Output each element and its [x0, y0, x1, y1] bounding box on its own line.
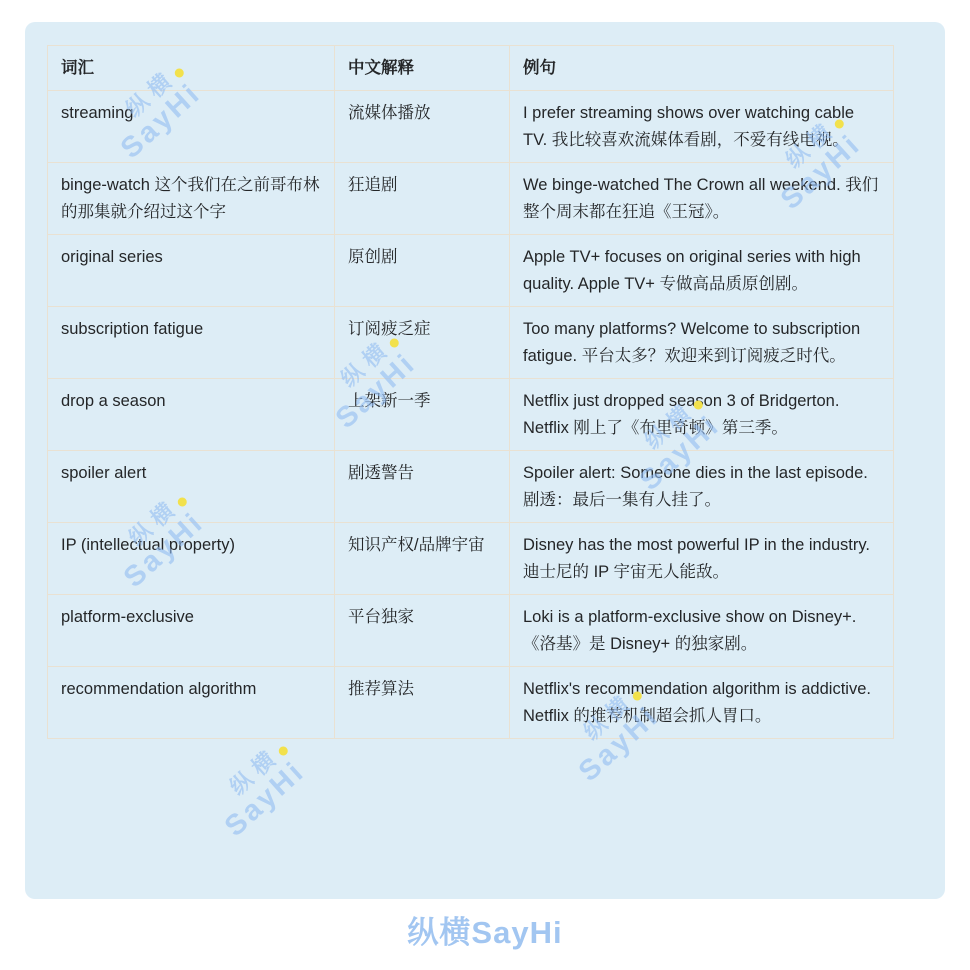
table-row: binge-watch 这个我们在之前哥布林的那集就介绍过这个字 狂追剧 We … — [48, 163, 894, 235]
term-cell: streaming — [48, 91, 335, 163]
table-row: platform-exclusive 平台独家 Loki is a platfo… — [48, 595, 894, 667]
example-cell: Disney has the most powerful IP in the i… — [510, 523, 894, 595]
table-row: IP (intellectual property) 知识产权/品牌宇宙 Dis… — [48, 523, 894, 595]
example-cell: We binge-watched The Crown all weekend. … — [510, 163, 894, 235]
term-cell: spoiler alert — [48, 451, 335, 523]
table-row: recommendation algorithm 推荐算法 Netflix's … — [48, 667, 894, 739]
vocab-table: 词汇 中文解释 例句 streaming 流媒体播放 I prefer stre… — [47, 45, 894, 739]
vocab-card: 词汇 中文解释 例句 streaming 流媒体播放 I prefer stre… — [25, 22, 945, 899]
term-cell: binge-watch 这个我们在之前哥布林的那集就介绍过这个字 — [48, 163, 335, 235]
meaning-cell: 剧透警告 — [335, 451, 510, 523]
header-row: 词汇 中文解释 例句 — [48, 46, 894, 91]
table-row: drop a season 上架新一季 Netflix just dropped… — [48, 379, 894, 451]
example-cell: Netflix's recommendation algorithm is ad… — [510, 667, 894, 739]
example-cell: Netflix just dropped season 3 of Bridger… — [510, 379, 894, 451]
term-cell: platform-exclusive — [48, 595, 335, 667]
term-cell: original series — [48, 235, 335, 307]
brand-logo: 纵横SayHi — [407, 907, 562, 952]
meaning-cell: 流媒体播放 — [335, 91, 510, 163]
meaning-cell: 原创剧 — [335, 235, 510, 307]
term-cell: recommendation algorithm — [48, 667, 335, 739]
footer: 纵横SayHi — [0, 903, 970, 955]
table-row: original series 原创剧 Apple TV+ focuses on… — [48, 235, 894, 307]
table-row: spoiler alert 剧透警告 Spoiler alert: Someon… — [48, 451, 894, 523]
example-cell: Apple TV+ focuses on original series wit… — [510, 235, 894, 307]
example-cell: Loki is a platform-exclusive show on Dis… — [510, 595, 894, 667]
meaning-cell: 上架新一季 — [335, 379, 510, 451]
term-cell: drop a season — [48, 379, 335, 451]
column-header-meaning: 中文解释 — [335, 46, 510, 91]
term-cell: IP (intellectual property) — [48, 523, 335, 595]
example-cell: I prefer streaming shows over watching c… — [510, 91, 894, 163]
meaning-cell: 平台独家 — [335, 595, 510, 667]
example-cell: Spoiler alert: Someone dies in the last … — [510, 451, 894, 523]
meaning-cell: 订阅疲乏症 — [335, 307, 510, 379]
table-row: subscription fatigue 订阅疲乏症 Too many plat… — [48, 307, 894, 379]
column-header-term: 词汇 — [48, 46, 335, 91]
meaning-cell: 知识产权/品牌宇宙 — [335, 523, 510, 595]
column-header-example: 例句 — [510, 46, 894, 91]
example-cell: Too many platforms? Welcome to subscript… — [510, 307, 894, 379]
term-cell: subscription fatigue — [48, 307, 335, 379]
meaning-cell: 狂追剧 — [335, 163, 510, 235]
meaning-cell: 推荐算法 — [335, 667, 510, 739]
table-row: streaming 流媒体播放 I prefer streaming shows… — [48, 91, 894, 163]
